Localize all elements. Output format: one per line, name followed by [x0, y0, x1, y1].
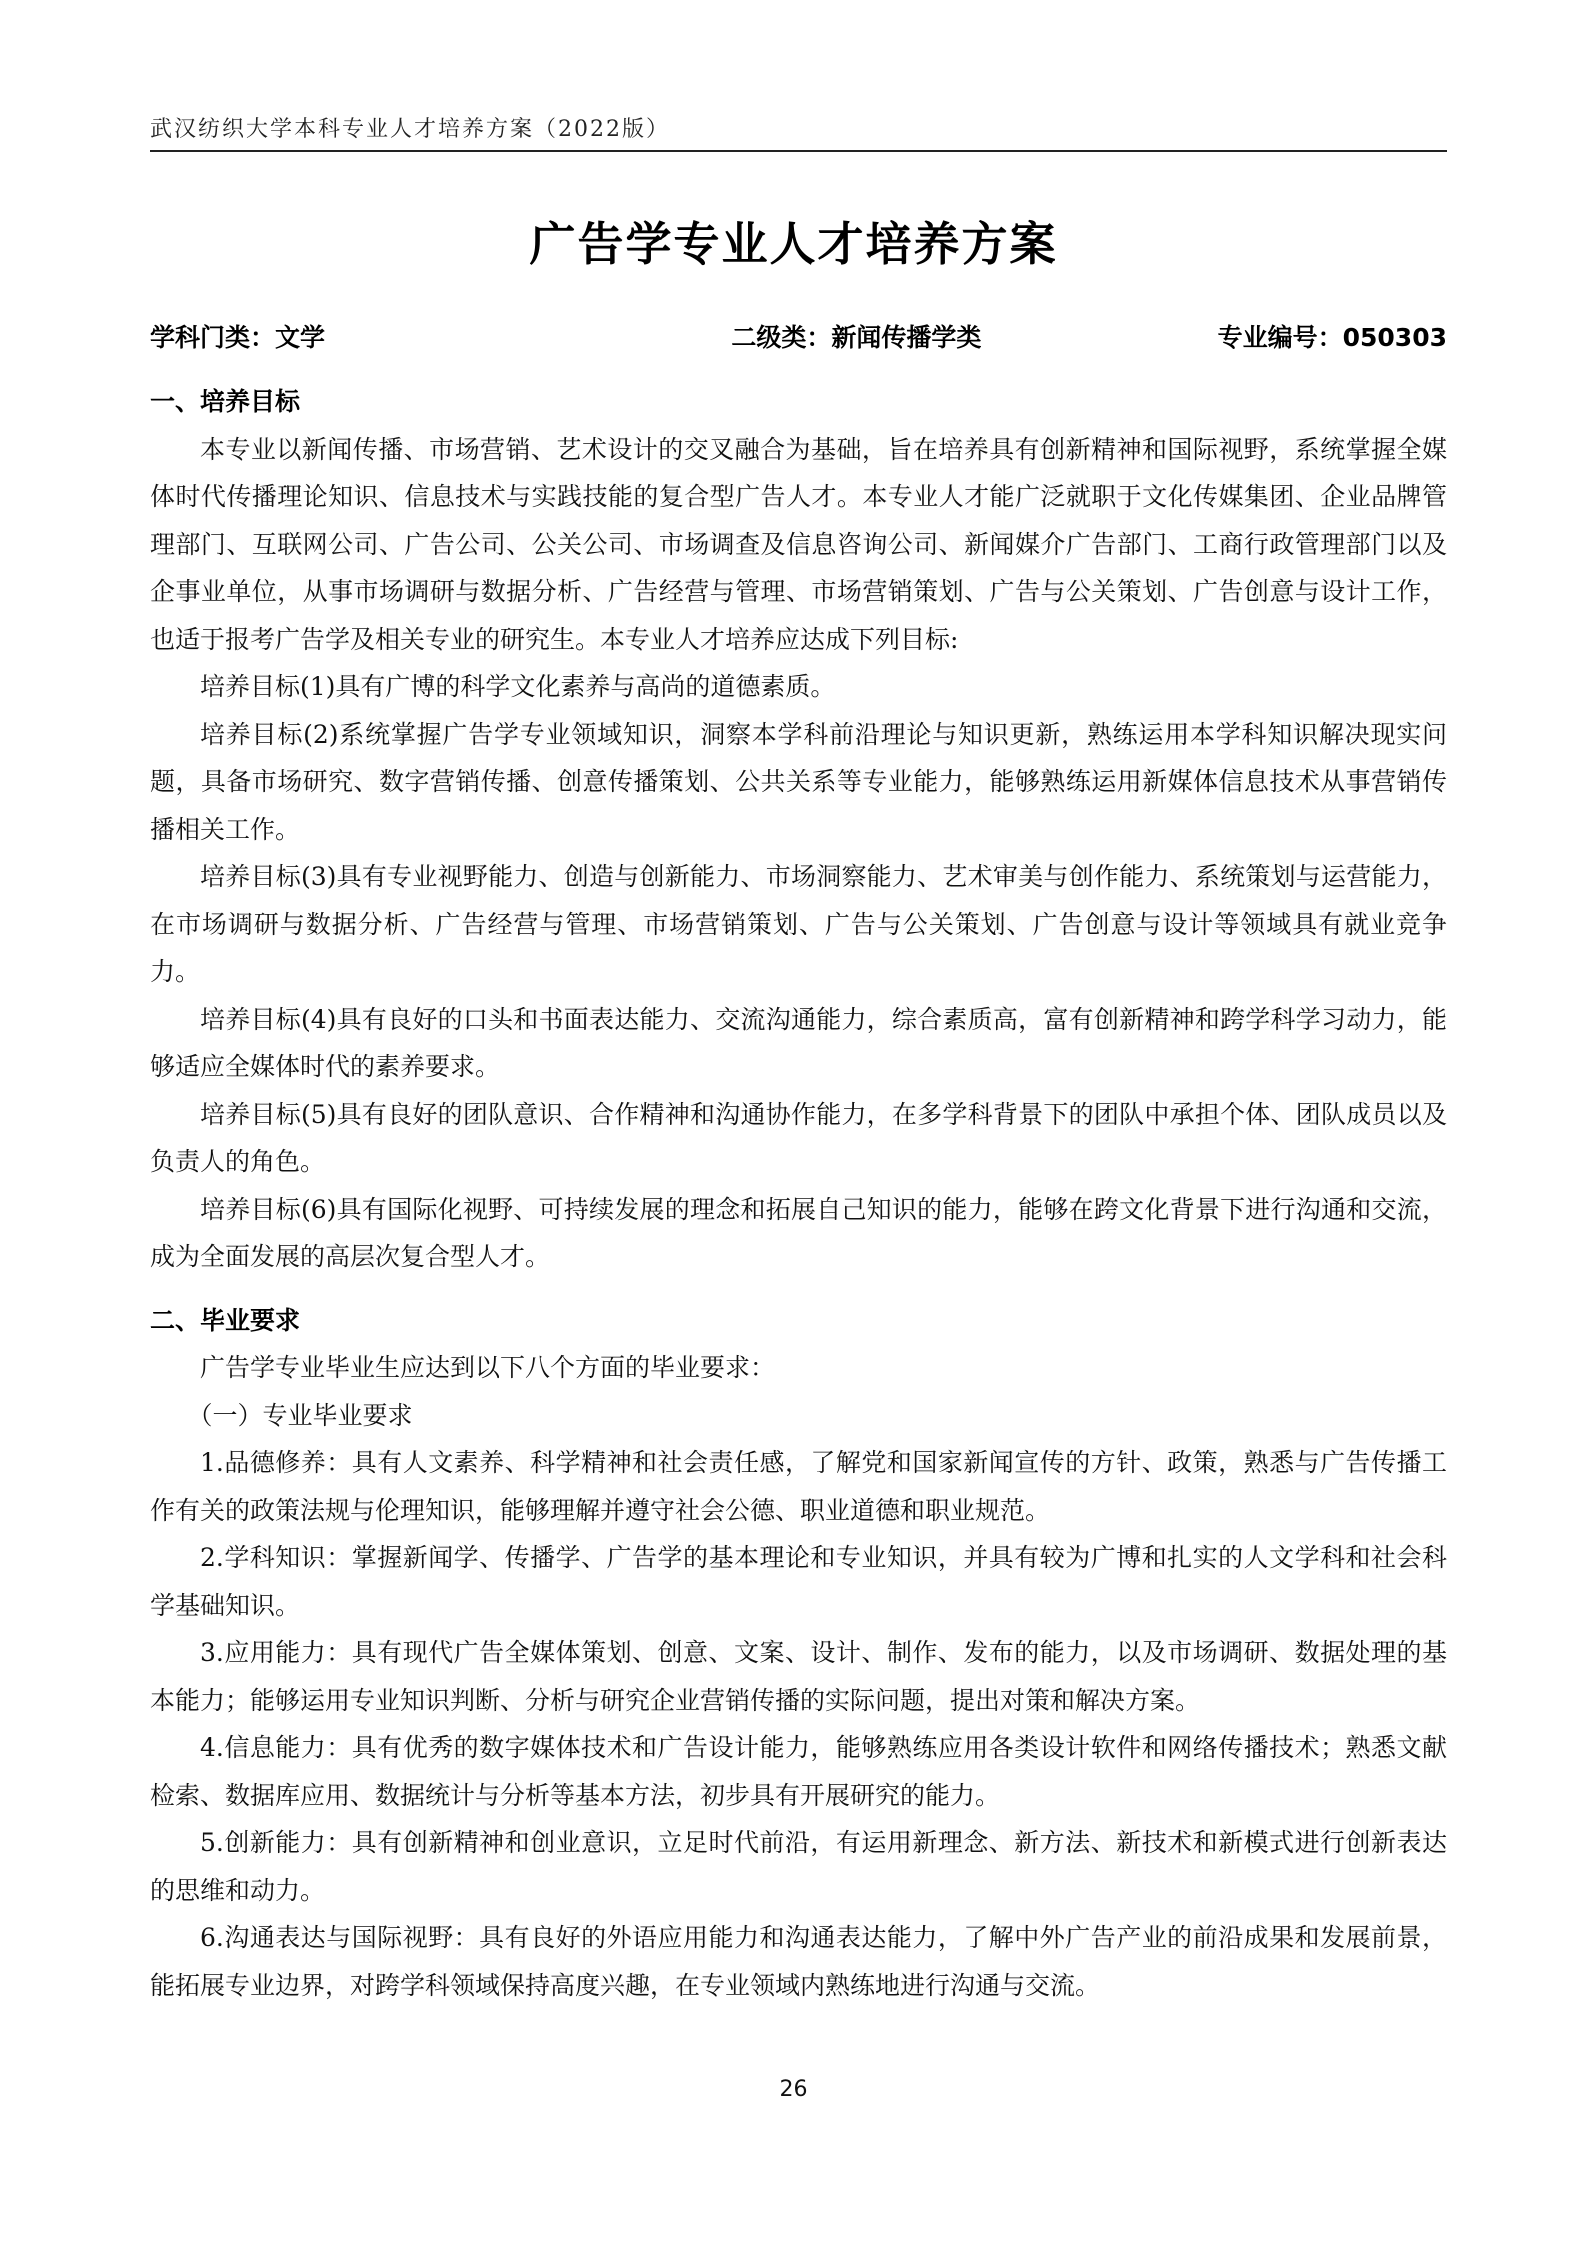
objective-2: 培养目标(2)系统掌握广告学专业领域知识，洞察本学科前沿理论与知识更新，熟练运用… — [150, 711, 1447, 854]
sub-category-label: 二级类：新闻传播学类 — [731, 318, 981, 354]
document-body: 一、培养目标 本专业以新闻传播、市场营销、艺术设计的交叉融合为基础，旨在培养具有… — [150, 378, 1447, 2009]
discipline-label: 学科门类：文学 — [150, 318, 325, 354]
requirement-1: 1.品德修养：具有人文素养、科学精神和社会责任感，了解党和国家新闻宣传的方针、政… — [150, 1439, 1447, 1534]
requirement-4: 4.信息能力：具有优秀的数字媒体技术和广告设计能力，能够熟练应用各类设计软件和网… — [150, 1724, 1447, 1819]
objective-4: 培养目标(4)具有良好的口头和书面表达能力、交流沟通能力，综合素质高，富有创新精… — [150, 996, 1447, 1091]
objective-3: 培养目标(3)具有专业视野能力、创造与创新能力、市场洞察能力、艺术审美与创作能力… — [150, 853, 1447, 996]
major-code-label: 专业编号：050303 — [1218, 318, 1447, 354]
objective-6: 培养目标(6)具有国际化视野、可持续发展的理念和拓展自己知识的能力，能够在跨文化… — [150, 1186, 1447, 1281]
requirements-subheading: （一）专业毕业要求 — [150, 1392, 1447, 1440]
objectives-intro-paragraph: 本专业以新闻传播、市场营销、艺术设计的交叉融合为基础，旨在培养具有创新精神和国际… — [150, 426, 1447, 664]
objective-5: 培养目标(5)具有良好的团队意识、合作精神和沟通协作能力，在多学科背景下的团队中… — [150, 1091, 1447, 1186]
requirement-2: 2.学科知识：掌握新闻学、传播学、广告学的基本理论和专业知识，并具有较为广博和扎… — [150, 1534, 1447, 1629]
objective-1: 培养目标(1)具有广博的科学文化素养与高尚的道德素质。 — [150, 663, 1447, 711]
section-heading-requirements: 二、毕业要求 — [150, 1297, 1447, 1345]
program-meta: 学科门类：文学 二级类：新闻传播学类 专业编号：050303 — [150, 318, 1447, 354]
running-header: 武汉纺织大学本科专业人才培养方案（2022版） — [150, 112, 670, 143]
requirement-6: 6.沟通表达与国际视野：具有良好的外语应用能力和沟通表达能力，了解中外广告产业的… — [150, 1914, 1447, 2009]
page-number: 26 — [0, 2077, 1587, 2102]
requirements-intro: 广告学专业毕业生应达到以下八个方面的毕业要求： — [150, 1344, 1447, 1392]
header-divider — [150, 150, 1447, 152]
requirement-5: 5.创新能力：具有创新精神和创业意识，立足时代前沿，有运用新理念、新方法、新技术… — [150, 1819, 1447, 1914]
page-title: 广告学专业人才培养方案 — [0, 208, 1587, 274]
requirement-3: 3.应用能力：具有现代广告全媒体策划、创意、文案、设计、制作、发布的能力，以及市… — [150, 1629, 1447, 1724]
section-heading-objectives: 一、培养目标 — [150, 378, 1447, 426]
